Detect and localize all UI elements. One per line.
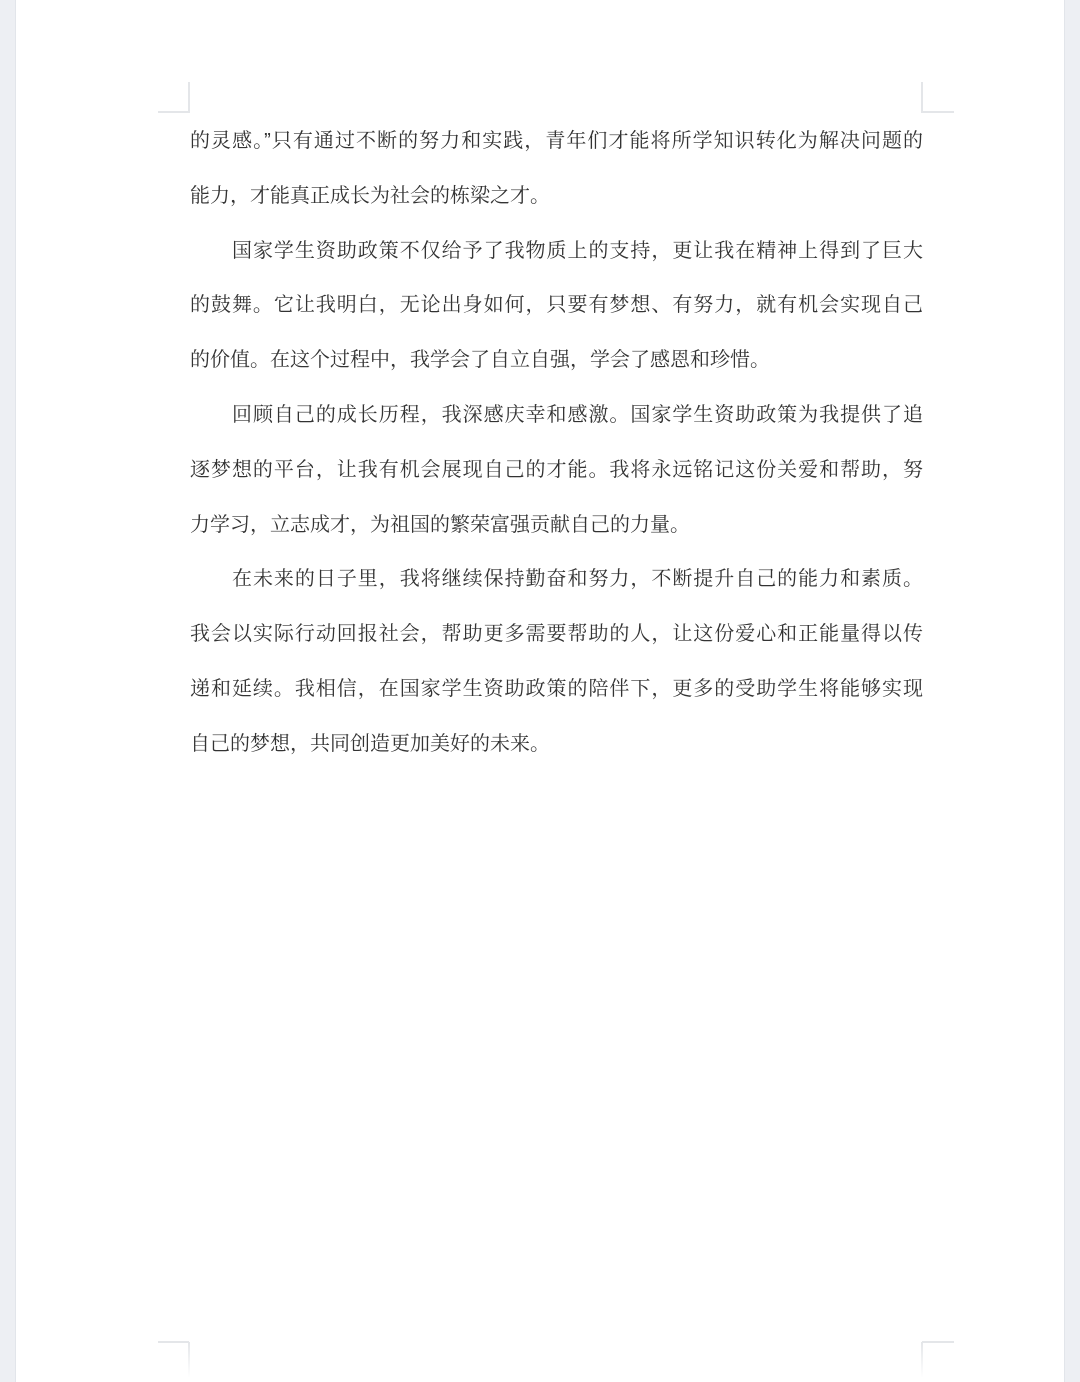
text-line: 回顾自己的成长历程，我深感庆幸和感激。国家学生资助政策为我提供了追 — [190, 388, 923, 443]
crop-mark-arm — [158, 1341, 189, 1343]
crop-mark-arm — [188, 82, 190, 113]
text-line: 在未来的日子里，我将继续保持勤奋和努力，不断提升自己的能力和素质。 — [190, 552, 923, 607]
text-line: 的价值。在这个过程中，我学会了自立自强，学会了感恩和珍惜。 — [190, 333, 923, 388]
paragraph: 国家学生资助政策不仅给予了我物质上的支持，更让我在精神上得到了巨大的鼓舞。它让我… — [190, 224, 923, 388]
text-line: 力学习，立志成才，为祖国的繁荣富强贡献自己的力量。 — [190, 498, 923, 553]
text-line: 逐梦想的平台，让我有机会展现自己的才能。我将永远铭记这份关爱和帮助，努 — [190, 443, 923, 498]
paragraph: 在未来的日子里，我将继续保持勤奋和努力，不断提升自己的能力和素质。我会以实际行动… — [190, 552, 923, 771]
text-line: 递和延续。我相信，在国家学生资助政策的陪伴下，更多的受助学生将能够实现 — [190, 662, 923, 717]
crop-mark-arm — [922, 1341, 954, 1343]
text-line: 的鼓舞。它让我明白，无论出身如何，只要有梦想、有努力，就有机会实现自己 — [190, 278, 923, 333]
crop-mark-arm — [922, 111, 954, 113]
text-line: 我会以实际行动回报社会，帮助更多需要帮助的人，让这份爱心和正能量得以传 — [190, 607, 923, 662]
text-line: 能力，才能真正成长为社会的栋梁之才。 — [190, 169, 923, 224]
paragraph: 回顾自己的成长历程，我深感庆幸和感激。国家学生资助政策为我提供了追逐梦想的平台，… — [190, 388, 923, 552]
paragraph: 的灵感。”只有通过不断的努力和实践，青年们才能将所学知识转化为解决问题的能力，才… — [190, 114, 923, 224]
text-line: 国家学生资助政策不仅给予了我物质上的支持，更让我在精神上得到了巨大 — [190, 224, 923, 279]
text-line: 的灵感。”只有通过不断的努力和实践，青年们才能将所学知识转化为解决问题的 — [190, 114, 923, 169]
crop-mark-arm — [921, 82, 923, 113]
crop-mark-arm — [158, 111, 189, 113]
text-line: 自己的梦想，共同创造更加美好的未来。 — [190, 717, 923, 772]
document-page[interactable]: 的灵感。”只有通过不断的努力和实践，青年们才能将所学知识转化为解决问题的能力，才… — [15, 0, 1065, 1382]
document-text: 的灵感。”只有通过不断的努力和实践，青年们才能将所学知识转化为解决问题的能力，才… — [190, 114, 923, 772]
crop-mark-arm — [188, 1342, 190, 1378]
crop-mark-arm — [921, 1342, 923, 1378]
